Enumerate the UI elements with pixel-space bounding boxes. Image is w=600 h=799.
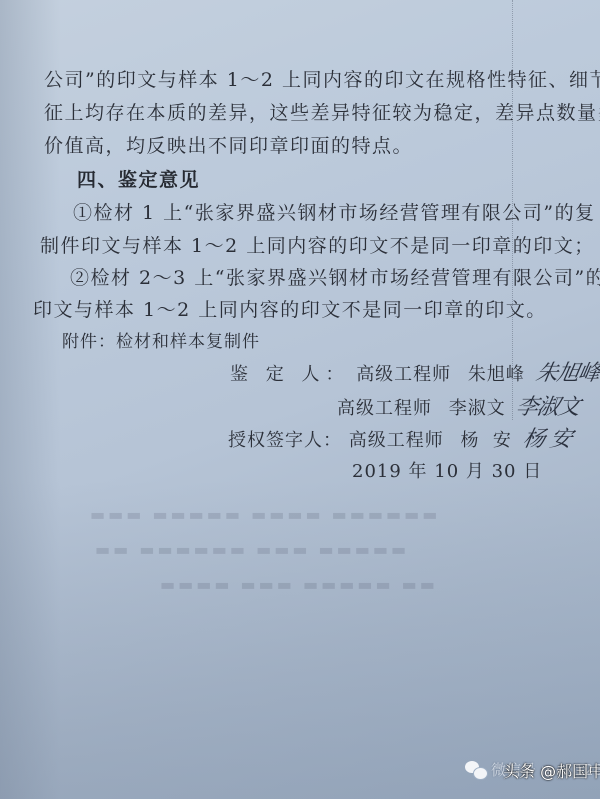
paragraph-line: 公司”的印文与样本 1～2 上同内容的印文在规格性特征、细节特	[44, 68, 600, 92]
signature-row-authorized-signatory: 授权签字人： 高级工程师 杨 安 杨 安	[228, 428, 571, 453]
signature-name: 杨 安	[460, 430, 511, 451]
document-page: ▬▬▬ ▬▬▬▬▬ ▬▬▬▬ ▬▬▬▬▬▬ ▬▬ ▬▬▬▬▬▬ ▬▬▬ ▬▬▬▬…	[0, 0, 600, 799]
signature-title: 高级工程师	[349, 430, 444, 451]
signature-name: 李淑文	[449, 398, 506, 419]
wechat-icon	[465, 761, 487, 779]
paragraph-line: 征上均存在本质的差异，这些差异特征较为稳定，差异点数量多、	[44, 101, 600, 125]
signature-name: 朱旭峰	[468, 364, 525, 385]
section-heading: 四、鉴定意见	[77, 168, 200, 192]
signature-title: 高级工程师	[337, 398, 432, 419]
bleed-through-text: ▬▬▬ ▬▬▬▬▬ ▬▬▬▬ ▬▬▬▬▬▬	[90, 505, 440, 524]
bleed-through-text: ▬▬ ▬▬▬▬▬▬ ▬▬▬ ▬▬▬▬▬	[95, 540, 409, 559]
opinion-1-line-1: ①检材 1 上“张家界盛兴钢材市场经营管理有限公司”的复	[73, 201, 596, 225]
bleed-through-text: ▬▬▬▬ ▬▬▬ ▬▬▬▬▬ ▬▬	[160, 575, 438, 594]
opinion-2-line-2: 印文与样本 1～2 上同内容的印文不是同一印章的印文。	[33, 298, 547, 322]
signature-title: 高级工程师	[356, 364, 451, 385]
signature-role: 授权签字人：	[228, 430, 342, 451]
signature-row-appraiser-2: 高级工程师 李淑文 李淑文	[337, 396, 579, 421]
attachment-note: 附件：检材和样本复制件	[62, 330, 260, 354]
handwritten-signature: 朱旭峰	[534, 362, 600, 386]
opinion-2-line-1: ②检材 2～3 上“张家界盛兴钢材市场经营管理有限公司”的	[70, 266, 600, 290]
handwritten-signature: 李淑文	[514, 396, 581, 420]
signature-role: 鉴 定 人：	[230, 364, 349, 385]
watermark: 微信号 m··· 128 头条 @郝国中	[465, 759, 573, 780]
document-date: 2019 年 10 月 30 日	[352, 460, 542, 484]
signature-row-appraiser-1: 鉴 定 人： 高级工程师 朱旭峰 朱旭峰	[230, 362, 599, 387]
handwritten-signature: 杨 安	[521, 428, 573, 452]
paragraph-line: 价值高，均反映出不同印章印面的特点。	[44, 134, 413, 158]
opinion-1-line-2: 制件印文与样本 1～2 上同内容的印文不是同一印章的印文；	[40, 234, 595, 258]
watermark-author: 头条 @郝国中	[503, 759, 600, 782]
